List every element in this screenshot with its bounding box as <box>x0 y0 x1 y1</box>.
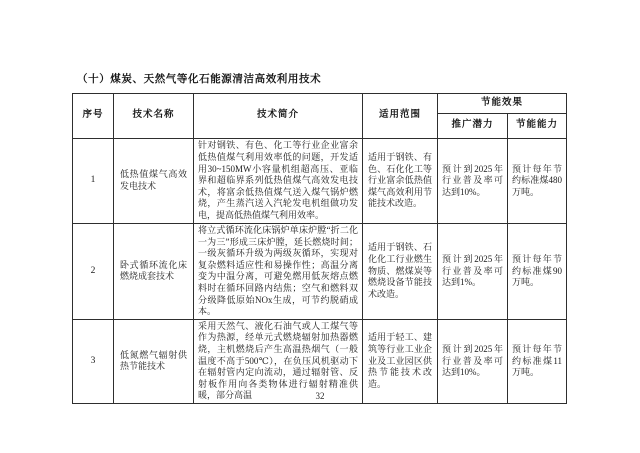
document-page: （十）煤炭、天然气等化石能源清洁高效利用技术 序号 技术名称 技术简介 适用范围… <box>0 0 640 453</box>
table-row: 2 卧式循环流化床燃烧成套技术 将立式循环流化床锅炉单床炉膛“折二化一为三”形成… <box>73 224 567 320</box>
cell-potential: 预计到2025年行业普及率可达到1%。 <box>438 224 508 320</box>
header-scope: 适用范围 <box>363 94 438 139</box>
header-index: 序号 <box>73 94 114 139</box>
cell-tech-intro: 针对钢铁、有色、化工等行业企业富余低热值煤气利用效率低的问题，开发适用30~15… <box>194 139 363 224</box>
cell-potential: 预计到2025年行业普及率可达到10%。 <box>438 139 508 224</box>
table-row: 1 低热值煤气高效发电技术 针对钢铁、有色、化工等行业企业富余低热值煤气利用效率… <box>73 139 567 224</box>
technology-table: 序号 技术名称 技术简介 适用范围 节能效果 推广潜力 节能能力 1 低热值煤气… <box>72 93 567 404</box>
cell-scope: 适用于钢铁、石化化工行业燃生物质、燃煤炭等燃烧设备节能技术改造。 <box>363 224 438 320</box>
page-number: 32 <box>0 391 640 401</box>
header-intro: 技术简介 <box>194 94 363 139</box>
cell-scope: 适用于钢铁、有色、石化化工等行业富余低热值煤气高效利用节能技术改造。 <box>363 139 438 224</box>
header-effect-group: 节能效果 <box>438 94 567 114</box>
cell-capacity: 预计每年节约标准煤480万吨。 <box>508 139 567 224</box>
section-title: （十）煤炭、天然气等化石能源清洁高效利用技术 <box>77 71 321 86</box>
cell-tech-name: 低热值煤气高效发电技术 <box>114 139 194 224</box>
cell-capacity: 预计每年节约标准煤90万吨。 <box>508 224 567 320</box>
header-potential: 推广潜力 <box>438 114 508 139</box>
header-name: 技术名称 <box>114 94 194 139</box>
table-header-row-top: 序号 技术名称 技术简介 适用范围 节能效果 <box>73 94 567 114</box>
cell-index: 2 <box>73 224 114 320</box>
cell-tech-name: 卧式循环流化床燃烧成套技术 <box>114 224 194 320</box>
header-capacity: 节能能力 <box>508 114 567 139</box>
cell-tech-intro: 将立式循环流化床锅炉单床炉膛“折二化一为三”形成三床炉膛，延长燃烧时间；一级灰循… <box>194 224 363 320</box>
cell-index: 1 <box>73 139 114 224</box>
